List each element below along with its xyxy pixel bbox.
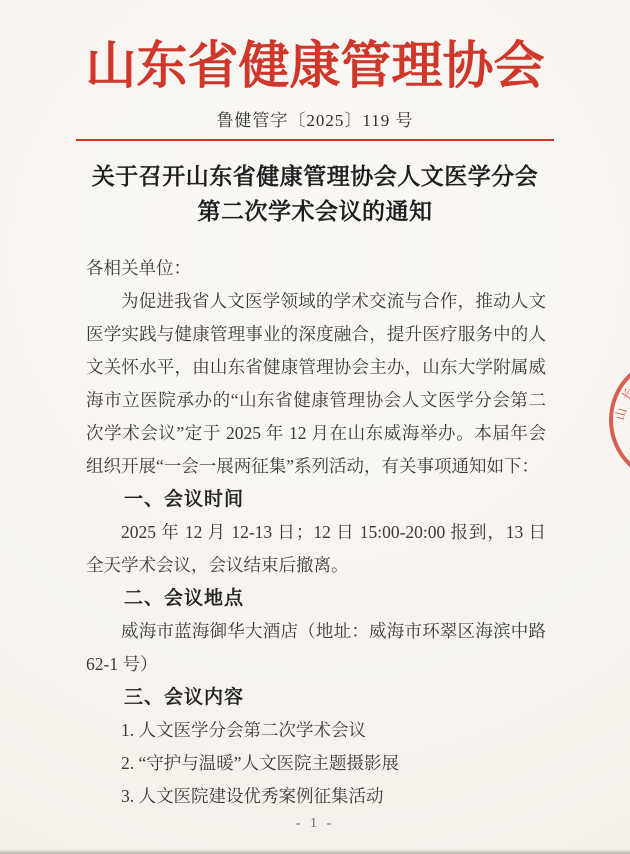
meeting-content-item-2: 2. “守护与温暖”人文医院主题摄影展 (86, 747, 546, 780)
meeting-content-item-3: 3. 人文医院建设优秀案例征集活动 (86, 780, 546, 813)
section-heading-meeting-content: 三、会议内容 (86, 681, 546, 714)
scanned-notice-page: 山东省健康管理协会 鲁健管字〔2025〕119 号 关于召开山东省健康管理协会人… (0, 0, 630, 854)
document-number: 鲁健管字〔2025〕119 号 (0, 110, 630, 132)
page-number: - 1 - (0, 816, 630, 832)
intro-paragraph: 为促进我省人文医学领域的学术交流与合作，推动人文医学实践与健康管理事业的深度融合… (86, 285, 546, 483)
official-seal-partial: 长 山 (609, 356, 630, 484)
document-title-line1: 关于召开山东省健康管理协会人文医学分会 (92, 164, 539, 189)
red-header-divider (76, 139, 554, 141)
salutation: 各相关单位： (86, 252, 546, 285)
section-heading-meeting-time: 一、会议时间 (86, 483, 546, 516)
seal-character: 长 (620, 386, 630, 403)
section-body-meeting-venue: 威海市蓝海御华大酒店（地址：威海市环翠区海滨中路 62-1 号） (86, 615, 546, 681)
document-title-line2: 第二次学术会议的通知 (198, 199, 433, 224)
meeting-content-item-1: 1. 人文医学分会第二次学术会议 (86, 714, 546, 747)
seal-character: 山 (614, 407, 629, 422)
section-body-meeting-time: 2025 年 12 月 12-13 日；12 日 15:00-20:00 报到，… (86, 516, 546, 582)
section-heading-meeting-venue: 二、会议地点 (86, 582, 546, 615)
issuing-org-name: 山东省健康管理协会 (10, 36, 620, 98)
document-title: 关于召开山东省健康管理协会人文医学分会 第二次学术会议的通知 (30, 159, 600, 229)
document-body: 各相关单位： 为促进我省人文医学领域的学术交流与合作，推动人文医学实践与健康管理… (86, 252, 546, 813)
